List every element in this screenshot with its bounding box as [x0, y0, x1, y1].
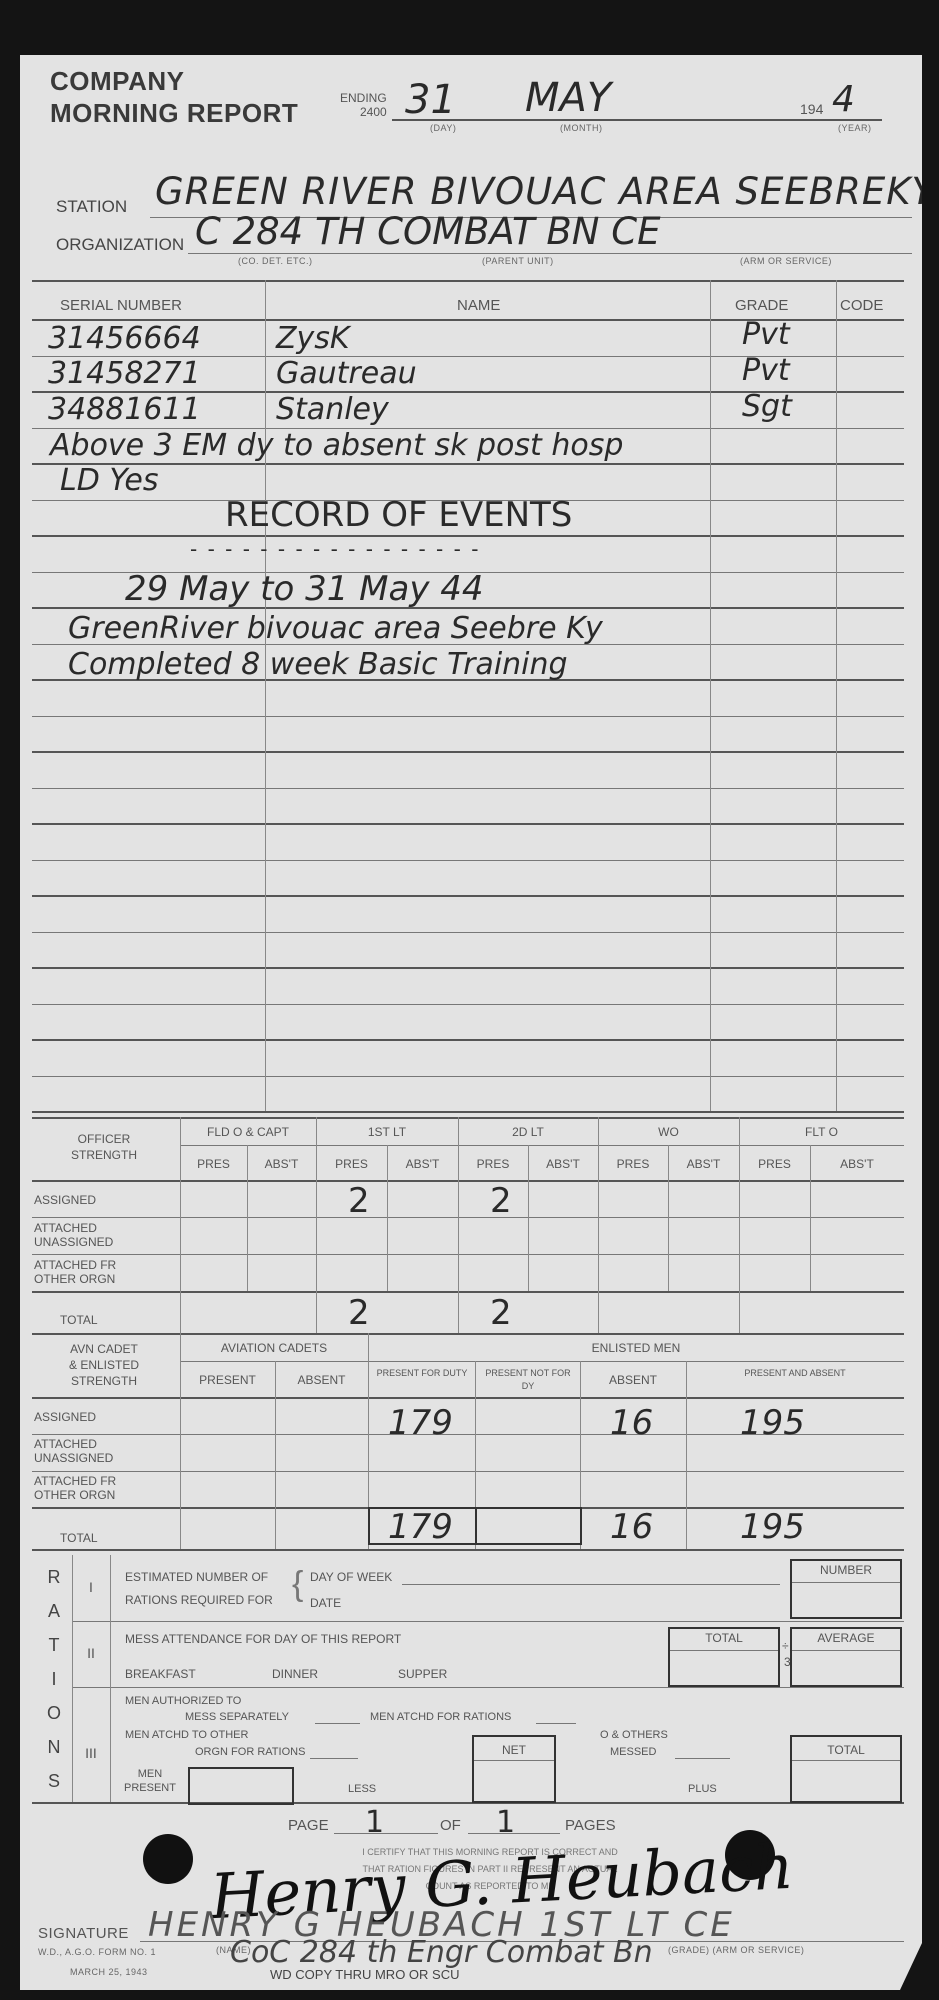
station-label: STATION	[56, 197, 127, 217]
sub-pres: PRES	[316, 1157, 387, 1171]
rule	[72, 1621, 904, 1622]
name-3: Stanley	[276, 392, 389, 427]
organization-value: C 284 TH COMBAT BN CE	[195, 210, 660, 253]
remark-line-2: LD Yes	[60, 463, 158, 498]
header-name: NAME	[457, 297, 500, 314]
sub-pres: PRES	[458, 1157, 528, 1171]
rule	[32, 1291, 904, 1293]
rule	[32, 967, 904, 969]
letter: R	[42, 1560, 66, 1594]
letter: A	[42, 1594, 66, 1628]
remark-line-1: Above 3 EM dy to absent sk post hosp	[50, 428, 623, 463]
auth-label-1: MEN AUTHORIZED TO	[125, 1695, 241, 1707]
atchd-other-label-2: ORGN FOR RATIONS	[195, 1746, 305, 1758]
col-cadet-absent: ABSENT	[275, 1373, 368, 1387]
col	[316, 1291, 317, 1333]
men-present-label: MEN PRESENT	[120, 1767, 180, 1795]
header-line: STRENGTH	[34, 1147, 174, 1163]
rule	[72, 1687, 904, 1688]
dinner-label: DINNER	[272, 1667, 318, 1681]
rule	[32, 1004, 904, 1005]
punch-hole-left	[143, 1834, 193, 1884]
col-absent: ABSENT	[580, 1373, 686, 1387]
sub-pres: PRES	[180, 1157, 247, 1171]
year-suffix: 4	[832, 79, 855, 120]
of-label: OF	[440, 1817, 461, 1834]
name-1: ZysK	[276, 321, 350, 356]
rule	[32, 823, 904, 825]
rule	[792, 1582, 900, 1583]
page-num-field	[334, 1833, 438, 1834]
rule	[474, 1760, 554, 1761]
record-divider: - - - - - - - - - - - - - - - - -	[190, 537, 480, 561]
header-line: STRENGTH	[34, 1373, 174, 1389]
sub-pres: PRES	[739, 1157, 810, 1171]
col-present-for-duty: PRESENT FOR DUTY	[372, 1367, 472, 1380]
rule	[32, 1549, 904, 1551]
atchd-rations-field[interactable]	[536, 1723, 576, 1724]
divide-sign: ÷	[782, 1639, 789, 1653]
col-cadet-present: PRESENT	[180, 1373, 275, 1387]
sub-abst: ABS'T	[668, 1157, 739, 1171]
row-assigned: ASSIGNED	[34, 1410, 96, 1424]
breakfast-label: BREAKFAST	[125, 1667, 196, 1681]
brace: {	[292, 1565, 303, 1604]
net-box-label: NET	[472, 1743, 556, 1757]
divider-grade-code	[836, 280, 837, 1111]
header-line: AVN CADET	[34, 1341, 174, 1357]
rule	[32, 788, 904, 789]
letter: N	[42, 1730, 66, 1764]
row-attached-fr: ATTACHED FR OTHER ORGN	[34, 1474, 154, 1502]
rule	[32, 751, 904, 753]
col	[275, 1361, 276, 1549]
auth-label-2: MESS SEPARATELY	[185, 1711, 289, 1723]
letter: S	[42, 1764, 66, 1798]
others-messed-field[interactable]	[675, 1758, 730, 1759]
header-serial: SERIAL NUMBER	[60, 297, 182, 314]
rule	[32, 895, 904, 897]
atchd-other-label-1: MEN ATCHD TO OTHER	[125, 1729, 248, 1741]
assigned-present-and-absent: 195	[740, 1403, 805, 1443]
grade-caption: (GRADE) (ARM OR SERVICE)	[668, 1945, 804, 1955]
letter: O	[42, 1696, 66, 1730]
sub-abst: ABS'T	[247, 1157, 316, 1171]
rule	[670, 1650, 778, 1651]
title-line-2: MORNING REPORT	[50, 97, 298, 129]
total-2d-lt-pres: 2	[490, 1293, 512, 1333]
atchd-rations-label: MEN ATCHD FOR RATIONS	[370, 1711, 511, 1723]
est-label-1: ESTIMATED NUMBER OF	[125, 1570, 268, 1584]
name-2: Gautreau	[276, 356, 417, 391]
org-caption-co: (CO. DET. ETC.)	[238, 256, 313, 266]
row-attached-fr: ATTACHED FR OTHER ORGN	[34, 1258, 154, 1286]
col	[180, 1291, 181, 1333]
section-i: I	[72, 1579, 110, 1595]
total-present-for-duty: 179	[388, 1507, 453, 1547]
form-title: COMPANY MORNING REPORT	[50, 65, 298, 129]
serial-2: 31458271	[48, 356, 201, 391]
serial-3: 34881611	[48, 392, 201, 427]
group-1st-lt: 1ST LT	[316, 1125, 458, 1139]
col-present-not-for-dy: PRESENT NOT FOR DY	[478, 1367, 578, 1393]
month-caption: (MONTH)	[560, 123, 603, 133]
total-absent: 16	[610, 1507, 653, 1547]
mess-separately-field[interactable]	[315, 1723, 360, 1724]
grade-2: Pvt	[742, 353, 790, 388]
assigned-2d-lt-pres: 2	[490, 1181, 512, 1221]
rule	[32, 1039, 904, 1041]
col	[598, 1291, 599, 1333]
rule	[180, 1361, 904, 1362]
rule	[32, 860, 904, 861]
day-of-week-label: DAY OF WEEK	[310, 1570, 392, 1584]
header-line: & ENLISTED	[34, 1357, 174, 1373]
label-line: PRESENT	[120, 1781, 180, 1795]
others-label-2: MESSED	[610, 1746, 656, 1758]
organization-label: ORGANIZATION	[56, 235, 184, 255]
rule	[32, 1180, 904, 1182]
plus-label: PLUS	[688, 1783, 717, 1795]
org-caption-parent: (PARENT UNIT)	[482, 256, 554, 266]
sub-pres: PRES	[598, 1157, 668, 1171]
rule	[32, 1333, 904, 1335]
average-box-label: AVERAGE	[790, 1631, 902, 1645]
record-of-events-heading: RECORD OF EVENTS	[225, 495, 572, 535]
row-attached-unassigned: ATTACHED UNASSIGNED	[34, 1221, 154, 1249]
rule	[32, 1076, 904, 1077]
enlisted-strength-header: AVN CADET & ENLISTED STRENGTH	[34, 1341, 174, 1389]
col	[598, 1117, 599, 1291]
row-total: TOTAL	[60, 1531, 98, 1545]
page-label: PAGE	[288, 1817, 329, 1834]
col	[458, 1291, 459, 1333]
col	[686, 1361, 687, 1549]
header-code: CODE	[840, 297, 883, 314]
group-2d-lt: 2D LT	[458, 1125, 598, 1139]
row-attached-unassigned: ATTACHED UNASSIGNED	[34, 1437, 154, 1465]
rule	[792, 1650, 900, 1651]
letter: T	[42, 1628, 66, 1662]
date-underline	[392, 119, 882, 121]
org-caption-arm: (ARM OR SERVICE)	[740, 256, 832, 266]
assigned-1st-lt-pres: 2	[348, 1181, 370, 1221]
mess-attendance-label: MESS ATTENDANCE FOR DAY OF THIS REPORT	[125, 1632, 401, 1646]
organization-underline	[188, 253, 912, 254]
grade-3: Sgt	[742, 389, 792, 424]
atchd-other-field[interactable]	[310, 1758, 358, 1759]
less-label: LESS	[348, 1783, 376, 1795]
rule	[32, 1471, 904, 1472]
others-label-1: O & OTHERS	[600, 1729, 668, 1741]
header-grade: GRADE	[735, 297, 788, 314]
assigned-present-for-duty: 179	[388, 1403, 453, 1443]
day-caption: (DAY)	[430, 123, 456, 133]
section-iii: III	[72, 1745, 110, 1761]
day-value: 31	[405, 77, 456, 123]
total-present-and-absent: 195	[740, 1507, 805, 1547]
event-line-3: Completed 8 week Basic Training	[68, 647, 568, 682]
page-number: 1	[365, 1805, 384, 1840]
routing-note: WD COPY THRU MRO OR SCU	[270, 1967, 459, 1982]
row-assigned: ASSIGNED	[34, 1193, 96, 1207]
rule	[180, 1145, 904, 1146]
signer-unit: CoC 284 th Engr Combat Bn	[230, 1935, 653, 1970]
ending-time: 2400	[340, 105, 387, 119]
col	[739, 1291, 740, 1333]
rule	[32, 1802, 904, 1804]
total-box-iii-label: TOTAL	[790, 1743, 902, 1757]
title-line-1: COMPANY	[50, 65, 298, 97]
ending-word: ENDING	[340, 91, 387, 105]
rule	[32, 1117, 904, 1119]
col	[110, 1555, 111, 1802]
col-present-and-absent: PRESENT AND ABSENT	[690, 1367, 900, 1380]
row-total: TOTAL	[60, 1313, 98, 1327]
rule	[32, 1397, 904, 1399]
sub-abst: ABS'T	[810, 1157, 904, 1171]
col	[180, 1117, 181, 1291]
form-date: MARCH 25, 1943	[70, 1967, 148, 1977]
form-number: W.D., A.G.O. FORM NO. 1	[38, 1947, 156, 1957]
month-value: MAY	[525, 75, 611, 121]
letter: I	[42, 1662, 66, 1696]
rations-side-label: R A T I O N S	[42, 1560, 66, 1798]
section-ii: II	[72, 1645, 110, 1661]
men-present-box[interactable]	[188, 1767, 294, 1805]
total-box-label: TOTAL	[668, 1631, 780, 1645]
signature-label: SIGNATURE	[38, 1925, 129, 1942]
divider-name-grade	[710, 280, 711, 1111]
group-aviation-cadets: AVIATION CADETS	[180, 1341, 368, 1355]
rule	[32, 463, 904, 465]
roster-top-line	[32, 280, 904, 282]
rule	[32, 1254, 904, 1255]
serial-1: 31456664	[48, 321, 201, 356]
rule	[32, 716, 904, 717]
event-line-2: GreenRiver bivouac area Seebre Ky	[68, 611, 603, 646]
label-line: MEN	[120, 1767, 180, 1781]
event-line-1: 29 May to 31 May 44	[125, 569, 484, 609]
rule	[32, 1217, 904, 1218]
morning-report-form: COMPANY MORNING REPORT ENDING 2400 31 MA…	[20, 55, 922, 1990]
col	[739, 1117, 740, 1291]
date-label: DATE	[310, 1596, 341, 1610]
year-prefix: 194	[800, 101, 823, 117]
year-caption: (YEAR)	[838, 123, 872, 133]
number-box-label: NUMBER	[790, 1563, 902, 1577]
col	[316, 1117, 317, 1291]
pages-label: PAGES	[565, 1817, 616, 1834]
sub-abst: ABS'T	[528, 1157, 598, 1171]
total-1st-lt-pres: 2	[348, 1293, 370, 1333]
assigned-absent: 16	[610, 1403, 653, 1443]
est-label-2: RATIONS REQUIRED FOR	[125, 1593, 273, 1607]
supper-label: SUPPER	[398, 1667, 447, 1681]
group-enlisted-men: ENLISTED MEN	[368, 1341, 904, 1355]
total-pnfd-box	[475, 1507, 582, 1545]
rule	[792, 1760, 900, 1761]
col	[180, 1333, 181, 1549]
grade-1: Pvt	[742, 317, 790, 352]
rule	[32, 1111, 904, 1113]
group-wo: WO	[598, 1125, 739, 1139]
ending-label: ENDING 2400	[340, 91, 387, 119]
header-line: OFFICER	[34, 1131, 174, 1147]
station-value: GREEN RIVER BIVOUAC AREA SEEBREKY	[155, 170, 935, 213]
page-total: 1	[496, 1805, 515, 1840]
day-of-week-field[interactable]	[402, 1584, 780, 1585]
sub-abst: ABS'T	[387, 1157, 458, 1171]
divider-serial-name	[265, 280, 266, 1111]
officer-strength-header: OFFICER STRENGTH	[34, 1131, 174, 1163]
col	[458, 1117, 459, 1291]
group-fld-capt: FLD O & CAPT	[180, 1125, 316, 1139]
group-flt-o: FLT O	[739, 1125, 904, 1139]
rule	[32, 932, 904, 933]
